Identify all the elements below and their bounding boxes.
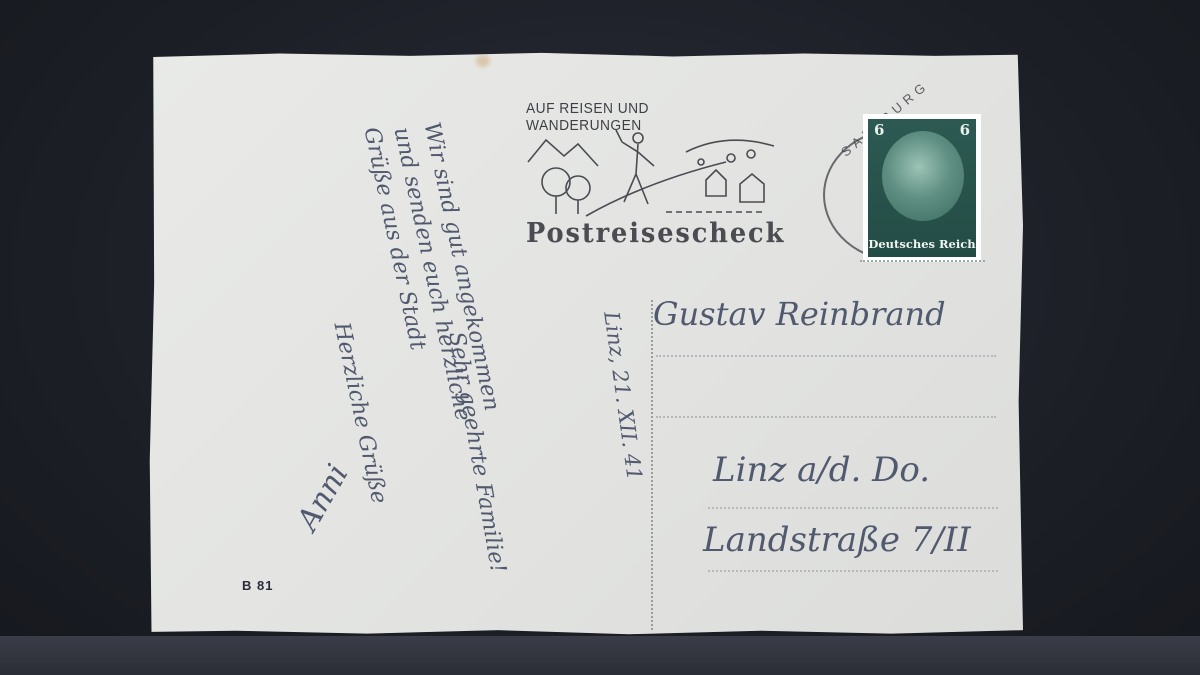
stamp-perforation-shadow: [860, 260, 985, 262]
stamp-value-left: 6: [874, 121, 884, 139]
address-line-2: [656, 416, 996, 418]
table-surface: [0, 636, 1200, 675]
signature: Anni: [290, 458, 355, 536]
recipient-name: Gustav Reinbrand: [653, 295, 946, 333]
date-line: Linz, 21. XII. 41: [599, 310, 646, 482]
stamp-inscription: Deutsches Reich: [868, 237, 976, 251]
portrait-medallion-icon: [882, 131, 964, 221]
handwritten-message: Sehr geehrte Familie! Wir sind gut angek…: [238, 80, 658, 620]
printed-card-code: B 81: [242, 578, 273, 593]
age-stain: [476, 55, 490, 67]
stamp-field: 6 6 Deutsches Reich: [868, 119, 976, 257]
stamp-value-right: 6: [960, 121, 970, 139]
postage-stamp: 6 6 Deutsches Reich: [863, 114, 981, 262]
address-line-3: [708, 507, 998, 509]
recipient-street: Landstraße 7/II: [703, 520, 971, 560]
recipient-city: Linz a/d. Do.: [713, 450, 930, 490]
address-line-1: [656, 355, 996, 357]
postcard: AUF REISEN UND WANDERUNGEN Postreisesche…: [148, 50, 1023, 636]
address-line-4: [708, 570, 998, 572]
